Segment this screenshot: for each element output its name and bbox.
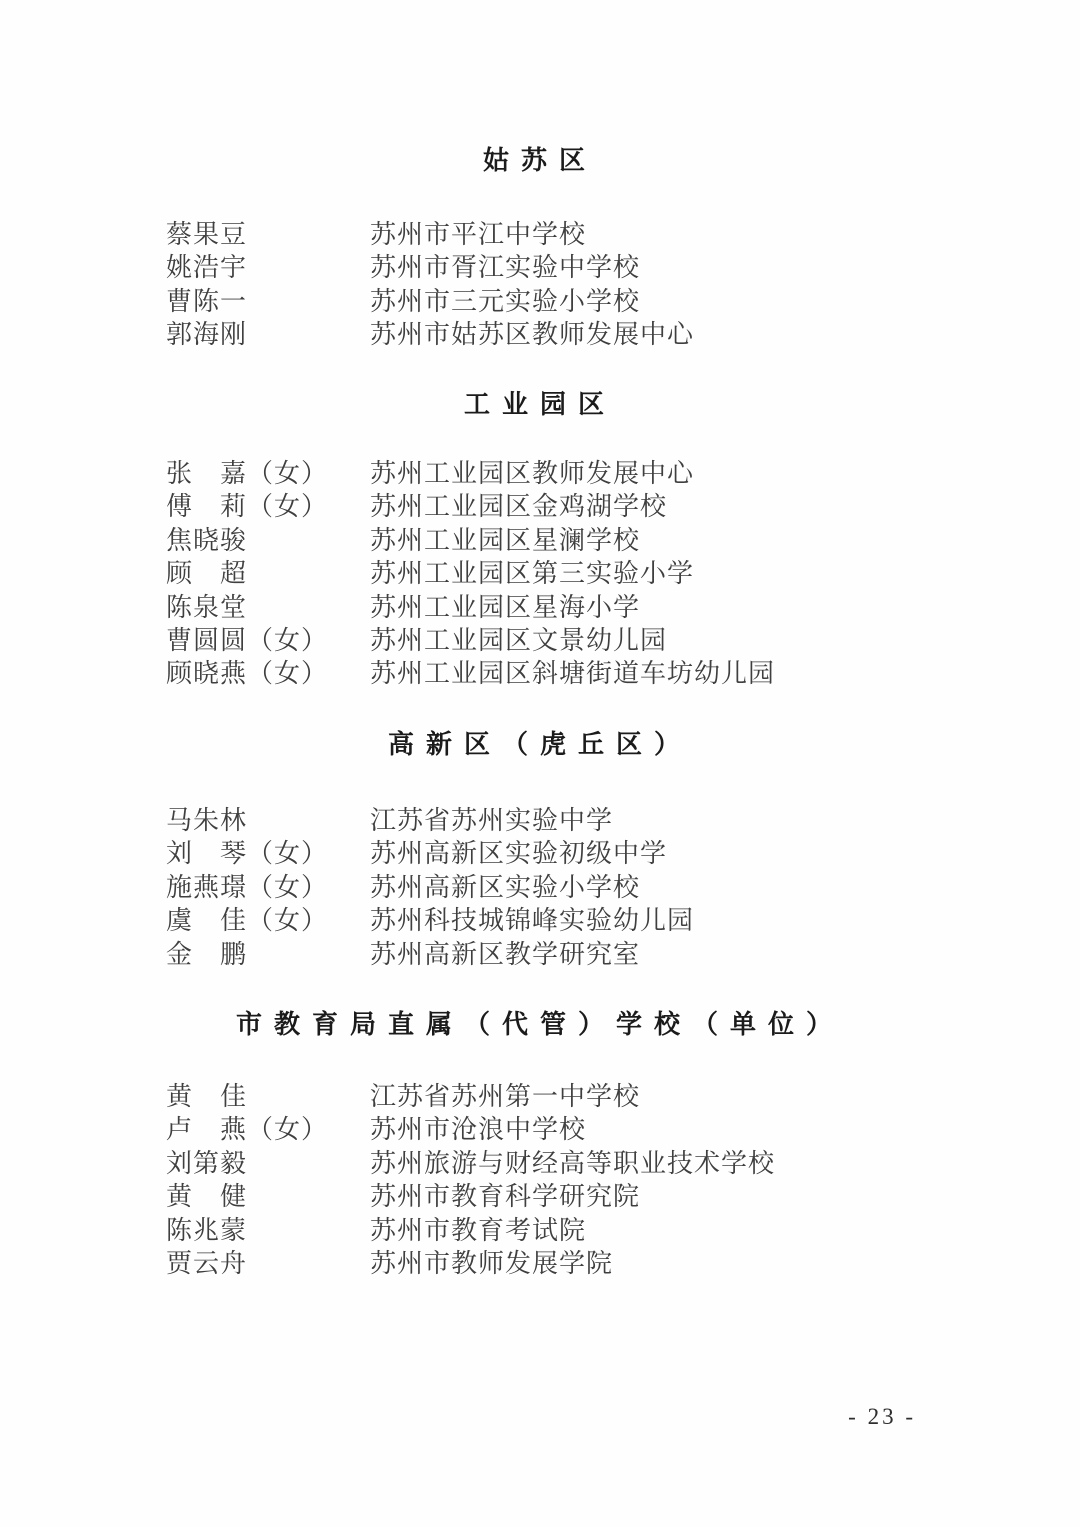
- entry-name: 顾晓燕（女）: [166, 657, 370, 690]
- entry-school: 江苏省苏州第一中学校: [370, 1080, 640, 1113]
- entry-row: 金 鹏苏州高新区教学研究室: [166, 938, 1080, 971]
- entry-row: 焦晓骏苏州工业园区星澜学校: [166, 524, 1080, 557]
- entry-row: 曹圆圆（女）苏州工业园区文景幼儿园: [166, 624, 1080, 657]
- entry-name: 刘第毅: [166, 1147, 370, 1180]
- entry-row: 马朱林江苏省苏州实验中学: [166, 804, 1080, 837]
- section-title: 姑苏区: [0, 145, 1080, 175]
- section-entries: 张 嘉（女）苏州工业园区教师发展中心傅 莉（女）苏州工业园区金鸡湖学校焦晓骏苏州…: [166, 457, 1080, 691]
- entry-school: 苏州市三元实验小学校: [370, 285, 640, 318]
- entry-name: 陈兆蒙: [166, 1214, 370, 1247]
- entry-school: 苏州高新区实验小学校: [370, 871, 640, 904]
- entry-row: 顾 超苏州工业园区第三实验小学: [166, 557, 1080, 590]
- entry-school: 苏州市沧浪中学校: [370, 1113, 586, 1146]
- entry-row: 黄 健苏州市教育科学研究院: [166, 1180, 1080, 1213]
- entry-name: 施燕璟（女）: [166, 871, 370, 904]
- entry-row: 刘 琴（女）苏州高新区实验初级中学: [166, 837, 1080, 870]
- entry-name: 黄 健: [166, 1180, 370, 1213]
- entry-name: 刘 琴（女）: [166, 837, 370, 870]
- section-entries: 马朱林江苏省苏州实验中学刘 琴（女）苏州高新区实验初级中学施燕璟（女）苏州高新区…: [166, 804, 1080, 971]
- entry-name: 贾云舟: [166, 1247, 370, 1280]
- entry-name: 焦晓骏: [166, 524, 370, 557]
- entry-school: 江苏省苏州实验中学: [370, 804, 613, 837]
- entry-school: 苏州工业园区斜塘街道车坊幼儿园: [370, 657, 775, 690]
- entry-name: 陈泉堂: [166, 591, 370, 624]
- page-number: - 23 -: [848, 1404, 916, 1430]
- section-entries: 蔡果豆苏州市平江中学校姚浩宇苏州市胥江实验中学校曹陈一苏州市三元实验小学校郭海刚…: [166, 218, 1080, 352]
- entry-row: 郭海刚苏州市姑苏区教师发展中心: [166, 318, 1080, 351]
- entry-name: 郭海刚: [166, 318, 370, 351]
- section-title: 工业园区: [0, 389, 1080, 419]
- entry-name: 黄 佳: [166, 1080, 370, 1113]
- document-page: 姑苏区 蔡果豆苏州市平江中学校姚浩宇苏州市胥江实验中学校曹陈一苏州市三元实验小学…: [0, 0, 1080, 1527]
- entry-row: 蔡果豆苏州市平江中学校: [166, 218, 1080, 251]
- entry-school: 苏州市姑苏区教师发展中心: [370, 318, 694, 351]
- entry-name: 卢 燕（女）: [166, 1113, 370, 1146]
- entry-school: 苏州市教育考试院: [370, 1214, 586, 1247]
- entry-school: 苏州高新区实验初级中学: [370, 837, 667, 870]
- section-entries: 黄 佳江苏省苏州第一中学校卢 燕（女）苏州市沧浪中学校刘第毅苏州旅游与财经高等职…: [166, 1080, 1080, 1280]
- entry-school: 苏州工业园区金鸡湖学校: [370, 490, 667, 523]
- entry-row: 曹陈一苏州市三元实验小学校: [166, 285, 1080, 318]
- entry-school: 苏州工业园区星澜学校: [370, 524, 640, 557]
- entry-name: 虞 佳（女）: [166, 904, 370, 937]
- entry-row: 傅 莉（女）苏州工业园区金鸡湖学校: [166, 490, 1080, 523]
- entry-school: 苏州工业园区第三实验小学: [370, 557, 694, 590]
- entry-name: 马朱林: [166, 804, 370, 837]
- entry-row: 虞 佳（女）苏州科技城锦峰实验幼儿园: [166, 904, 1080, 937]
- entry-row: 刘第毅苏州旅游与财经高等职业技术学校: [166, 1147, 1080, 1180]
- entry-school: 苏州工业园区文景幼儿园: [370, 624, 667, 657]
- entry-school: 苏州市教师发展学院: [370, 1247, 613, 1280]
- entry-school: 苏州工业园区星海小学: [370, 591, 640, 624]
- entry-row: 施燕璟（女）苏州高新区实验小学校: [166, 871, 1080, 904]
- section-title: 市教育局直属（代管）学校（单位）: [0, 1009, 1080, 1039]
- entry-row: 顾晓燕（女）苏州工业园区斜塘街道车坊幼儿园: [166, 657, 1080, 690]
- entry-name: 顾 超: [166, 557, 370, 590]
- entry-name: 张 嘉（女）: [166, 457, 370, 490]
- entry-row: 卢 燕（女）苏州市沧浪中学校: [166, 1113, 1080, 1146]
- entry-name: 傅 莉（女）: [166, 490, 370, 523]
- entry-school: 苏州旅游与财经高等职业技术学校: [370, 1147, 775, 1180]
- entry-school: 苏州高新区教学研究室: [370, 938, 640, 971]
- entry-name: 金 鹏: [166, 938, 370, 971]
- entry-row: 张 嘉（女）苏州工业园区教师发展中心: [166, 457, 1080, 490]
- entry-school: 苏州科技城锦峰实验幼儿园: [370, 904, 694, 937]
- entry-row: 陈兆蒙苏州市教育考试院: [166, 1214, 1080, 1247]
- entry-name: 姚浩宇: [166, 251, 370, 284]
- entry-school: 苏州市平江中学校: [370, 218, 586, 251]
- entry-school: 苏州市胥江实验中学校: [370, 251, 640, 284]
- entry-name: 曹圆圆（女）: [166, 624, 370, 657]
- entry-school: 苏州市教育科学研究院: [370, 1180, 640, 1213]
- entry-row: 陈泉堂苏州工业园区星海小学: [166, 591, 1080, 624]
- entry-row: 黄 佳江苏省苏州第一中学校: [166, 1080, 1080, 1113]
- section-title: 高新区（虎丘区）: [0, 729, 1080, 759]
- entry-name: 蔡果豆: [166, 218, 370, 251]
- entry-school: 苏州工业园区教师发展中心: [370, 457, 694, 490]
- entry-row: 贾云舟苏州市教师发展学院: [166, 1247, 1080, 1280]
- entry-row: 姚浩宇苏州市胥江实验中学校: [166, 251, 1080, 284]
- entry-name: 曹陈一: [166, 285, 370, 318]
